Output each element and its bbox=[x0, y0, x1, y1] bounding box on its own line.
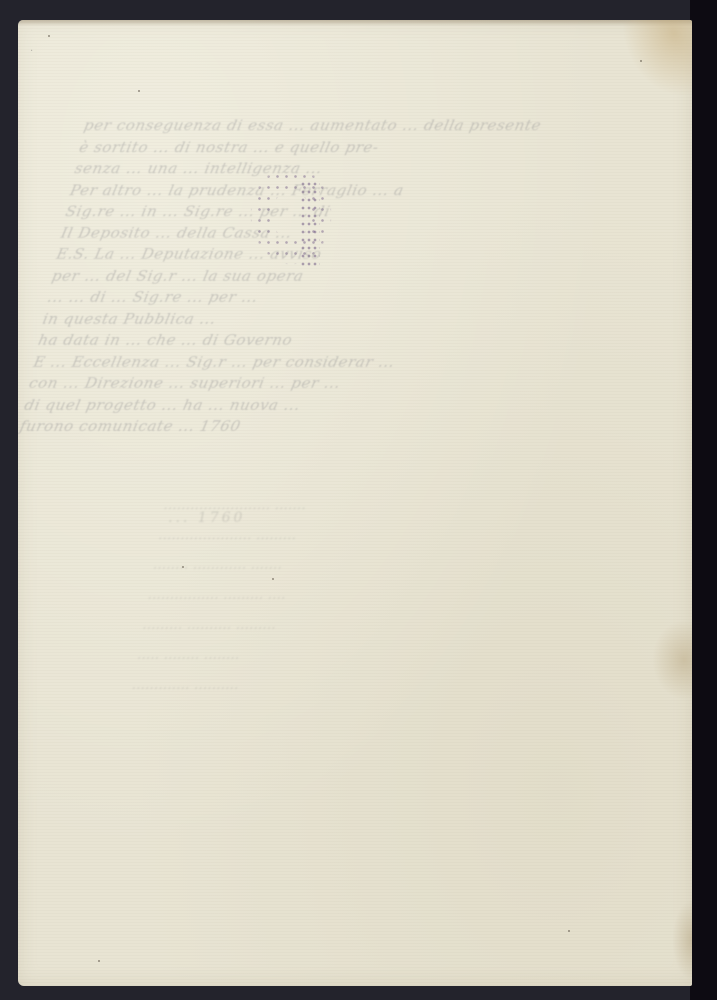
paper-speck bbox=[138, 90, 140, 92]
date-fragment: ... 1760 bbox=[168, 510, 245, 526]
paper-speck bbox=[182, 566, 184, 568]
page-top-edge bbox=[18, 20, 692, 26]
faint-line: ..... ........ ........ bbox=[135, 640, 660, 670]
paper-speck bbox=[98, 960, 100, 962]
bleed-line: E ... Eccellenza ... Sig.r ... per consi… bbox=[31, 352, 676, 374]
bleed-line: per ... del Sig.r ... la sua opera bbox=[50, 266, 692, 288]
bleed-line: di quel progetto ... ha ... nuova ... bbox=[22, 395, 667, 417]
bleed-line: senza ... una ... intelligenza ... bbox=[73, 158, 692, 180]
paper-speck bbox=[640, 60, 642, 62]
bleed-line: Per altro ... la prudenza ... Ferraglio … bbox=[68, 180, 692, 202]
paper-speck bbox=[272, 578, 274, 580]
bleed-line: furono comunicate ... 1760 bbox=[18, 416, 662, 438]
bleed-line: E.S. La ... Deputazione ... avviso bbox=[54, 244, 692, 266]
water-stain-bottom-right bbox=[672, 900, 692, 980]
bleed-line: in questa Pubblica ... bbox=[41, 309, 686, 331]
bleed-line: ha data in ... che ... di Governo bbox=[36, 330, 681, 352]
scanner-backdrop bbox=[690, 0, 717, 1000]
bleed-line: Sig.re ... in ... Sig.re ... per ... di bbox=[63, 201, 692, 223]
bleed-through-text: per conseguenza di essa ... aumentato ..… bbox=[18, 115, 692, 438]
bleed-line: ... ... di ... Sig.re ... per ... bbox=[45, 287, 690, 309]
bleed-line: è sortito ... di nostra ... e quello pre… bbox=[77, 137, 692, 159]
bleed-line: Il Deposito ... della Cassa ... bbox=[59, 223, 692, 245]
faint-line: ............. .......... bbox=[129, 670, 654, 700]
corner-mark: · bbox=[30, 46, 33, 57]
faint-line: ......... .......... ......... bbox=[140, 610, 665, 640]
manuscript-page: · per conseguenza di essa ... aumentato … bbox=[18, 20, 692, 986]
faint-line: ........ ............ ....... bbox=[151, 550, 676, 580]
faint-line: ................ ......... .... bbox=[145, 580, 670, 610]
bleed-line: con ... Direzione ... superiori ... per … bbox=[27, 373, 672, 395]
paper-speck bbox=[568, 930, 570, 932]
bleed-line: per conseguenza di essa ... aumentato ..… bbox=[82, 115, 692, 137]
water-stain-top-right bbox=[619, 20, 692, 109]
paper-speck bbox=[48, 35, 50, 37]
